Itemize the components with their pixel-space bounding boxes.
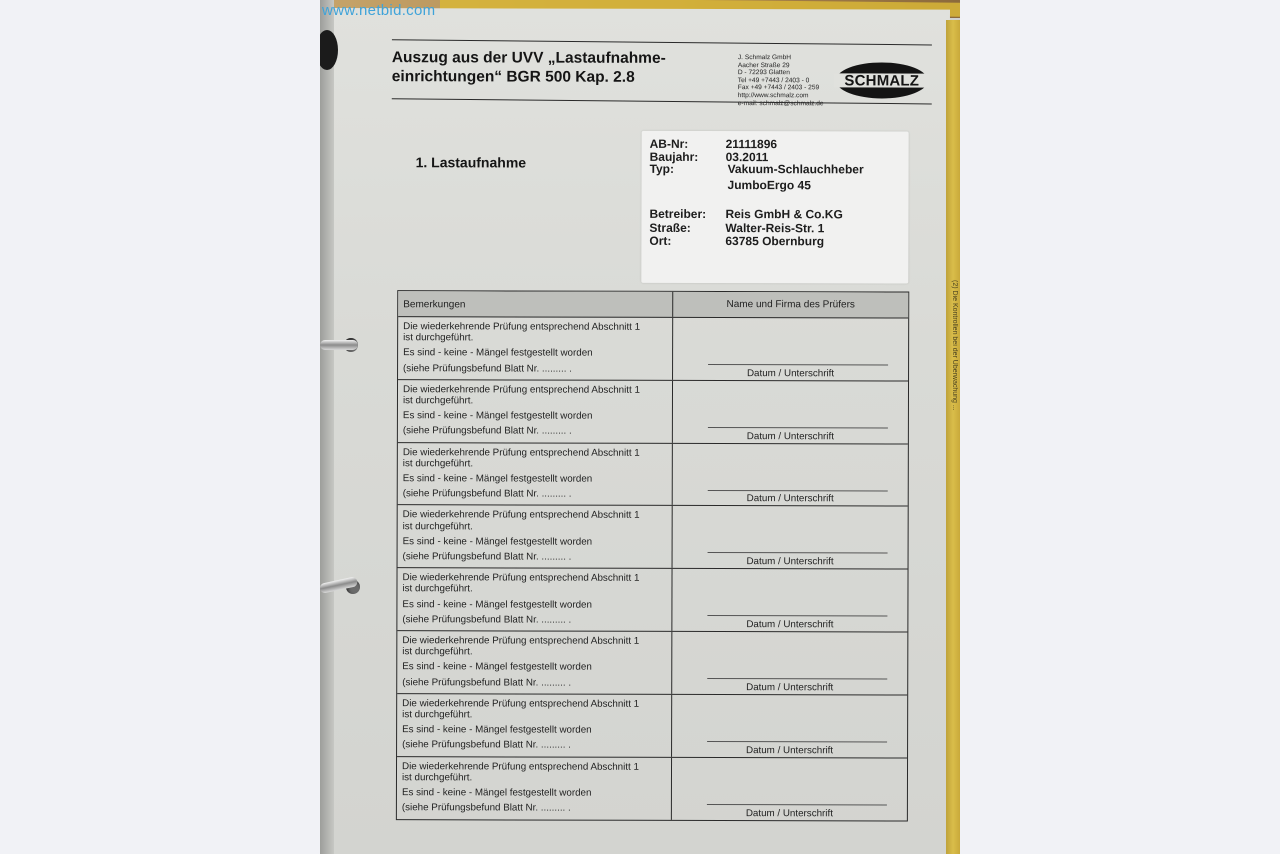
header-rule-top xyxy=(392,39,932,45)
remark-line: Es sind - keine - Mängel festgestellt wo… xyxy=(402,599,666,611)
binder-ring-icon xyxy=(320,340,358,350)
remark-line: Die wiederkehrende Prüfung entsprechend … xyxy=(402,572,666,584)
yellow-tab-text: (2) Die Kontrollen bei der Überwachung .… xyxy=(948,280,958,580)
remark-cell: Die wiederkehrende Prüfung entsprechend … xyxy=(398,443,673,506)
remark-line: (siehe Prüfungsbefund Blatt Nr. ........… xyxy=(402,740,666,752)
signature-label: Datum / Unterschrift xyxy=(673,368,908,380)
label-value: Reis GmbH & Co.KG xyxy=(725,207,842,221)
table-row: Die wiederkehrende Prüfung entsprechend … xyxy=(398,317,908,381)
remark-line: Es sind - keine - Mängel festgestellt wo… xyxy=(403,348,667,360)
remark-cell: Die wiederkehrende Prüfung entsprechend … xyxy=(397,568,672,631)
remark-line: (siehe Prüfungsbefund Blatt Nr. ........… xyxy=(403,363,667,375)
remark-cell: Die wiederkehrende Prüfung entsprechend … xyxy=(397,631,672,694)
remark-line: ist durchgeführt. xyxy=(403,332,667,344)
label-key-empty xyxy=(650,178,726,192)
signature-cell: Datum / Unterschrift xyxy=(673,506,908,568)
remark-line: (siehe Prüfungsbefund Blatt Nr. ........… xyxy=(403,488,667,500)
signature-label: Datum / Unterschrift xyxy=(672,682,907,694)
company-fax: Fax +49 +7443 / 2403 - 259 xyxy=(738,84,824,92)
header-rule-bottom xyxy=(392,98,932,104)
signature-line xyxy=(707,741,887,742)
remark-line: Die wiederkehrende Prüfung entsprechend … xyxy=(402,698,666,710)
remark-cell: Die wiederkehrende Prüfung entsprechend … xyxy=(397,757,672,821)
table-row: Die wiederkehrende Prüfung entsprechend … xyxy=(398,443,908,507)
remark-line: ist durchgeführt. xyxy=(403,395,667,407)
remark-line: Es sind - keine - Mängel festgestellt wo… xyxy=(402,724,666,736)
remark-line: Die wiederkehrende Prüfung entsprechend … xyxy=(403,384,667,396)
title-line-1: Auszug aus der UVV „Lastaufnahme- xyxy=(392,48,666,68)
signature-cell: Datum / Unterschrift xyxy=(672,569,907,631)
title-line-2: einrichtungen“ BGR 500 Kap. 2.8 xyxy=(392,67,666,87)
label-key: Typ: xyxy=(650,162,726,176)
remark-line: ist durchgeführt. xyxy=(402,709,666,721)
remark-line: Es sind - keine - Mängel festgestellt wo… xyxy=(403,410,667,422)
inspection-table: Bemerkungen Name und Firma des Prüfers D… xyxy=(396,290,909,822)
signature-label: Datum / Unterschrift xyxy=(672,808,907,820)
remark-line: Es sind - keine - Mängel festgestellt wo… xyxy=(402,787,666,799)
remark-line: (siehe Prüfungsbefund Blatt Nr. ........… xyxy=(402,614,666,626)
signature-line xyxy=(708,364,888,365)
label-value: JumboErgo 45 xyxy=(728,178,811,192)
signature-line xyxy=(707,615,887,616)
remark-line: Es sind - keine - Mängel festgestellt wo… xyxy=(403,536,667,548)
remark-line: Es sind - keine - Mängel festgestellt wo… xyxy=(403,473,667,485)
equipment-label: AB-Nr: 21111896 Baujahr: 03.2011 Typ: Va… xyxy=(641,131,908,284)
remark-line: (siehe Prüfungsbefund Blatt Nr. ........… xyxy=(403,426,667,438)
company-name: J. Schmalz GmbH xyxy=(738,54,824,62)
remark-line: (siehe Prüfungsbefund Blatt Nr. ........… xyxy=(403,551,667,563)
signature-cell: Datum / Unterschrift xyxy=(673,318,908,380)
signature-line xyxy=(708,490,888,491)
remark-line: Die wiederkehrende Prüfung entsprechend … xyxy=(402,635,666,647)
signature-line xyxy=(708,427,888,428)
schmalz-logo: SCHMALZ xyxy=(836,62,928,98)
label-value: 21111896 xyxy=(726,137,777,151)
document-photo: Auszug aus der UVV „Lastaufnahme- einric… xyxy=(320,0,960,854)
header-pruefer: Name und Firma des Prüfers xyxy=(673,292,908,318)
signature-cell: Datum / Unterschrift xyxy=(673,381,908,443)
section-heading: 1. Lastaufnahme xyxy=(416,154,527,170)
remark-line: (siehe Prüfungsbefund Blatt Nr. ........… xyxy=(402,802,666,814)
remark-cell: Die wiederkehrende Prüfung entsprechend … xyxy=(397,694,672,757)
remark-line: Die wiederkehrende Prüfung entsprechend … xyxy=(403,447,667,459)
signature-label: Datum / Unterschrift xyxy=(673,493,908,505)
table-row: Die wiederkehrende Prüfung entsprechend … xyxy=(397,694,907,758)
table-header: Bemerkungen Name und Firma des Prüfers xyxy=(398,291,908,318)
signature-line xyxy=(708,552,888,553)
signature-line xyxy=(707,678,887,679)
signature-label: Datum / Unterschrift xyxy=(673,556,908,568)
remark-cell: Die wiederkehrende Prüfung entsprechend … xyxy=(398,380,673,443)
signature-cell: Datum / Unterschrift xyxy=(672,632,907,694)
remark-line: (siehe Prüfungsbefund Blatt Nr. ........… xyxy=(402,677,666,689)
logo-text: SCHMALZ xyxy=(844,72,919,89)
document-title: Auszug aus der UVV „Lastaufnahme- einric… xyxy=(392,48,666,87)
signature-label: Datum / Unterschrift xyxy=(672,619,907,631)
remark-line: ist durchgeführt. xyxy=(403,521,667,533)
label-value: Vakuum-Schlauchheber xyxy=(728,162,864,176)
binder-spine xyxy=(320,0,334,854)
label-key: Betreiber: xyxy=(649,207,725,221)
document-page: Auszug aus der UVV „Lastaufnahme- einric… xyxy=(330,8,950,854)
table-row: Die wiederkehrende Prüfung entsprechend … xyxy=(397,568,907,632)
watermark: www.netbid.com xyxy=(322,2,435,19)
remark-line: Die wiederkehrende Prüfung entsprechend … xyxy=(403,510,667,522)
company-address: J. Schmalz GmbH Aacher Straße 29 D - 722… xyxy=(738,54,824,107)
table-row: Die wiederkehrende Prüfung entsprechend … xyxy=(398,506,908,570)
table-row: Die wiederkehrende Prüfung entsprechend … xyxy=(397,757,907,821)
header-bemerkungen: Bemerkungen xyxy=(398,291,673,317)
label-row-ort: Ort: 63785 Obernburg xyxy=(649,234,824,248)
signature-label: Datum / Unterschrift xyxy=(672,744,907,756)
signature-label: Datum / Unterschrift xyxy=(673,430,908,442)
company-web: http://www.schmalz.com xyxy=(738,92,824,100)
remark-line: Die wiederkehrende Prüfung entsprechend … xyxy=(403,321,667,333)
remark-line: Es sind - keine - Mängel festgestellt wo… xyxy=(402,662,666,674)
signature-line xyxy=(707,804,887,805)
signature-cell: Datum / Unterschrift xyxy=(672,695,907,757)
label-row-betreiber: Betreiber: Reis GmbH & Co.KG xyxy=(649,207,842,222)
remark-line: ist durchgeführt. xyxy=(402,646,666,658)
table-row: Die wiederkehrende Prüfung entsprechend … xyxy=(398,380,908,444)
label-value: 63785 Obernburg xyxy=(725,234,824,248)
remark-cell: Die wiederkehrende Prüfung entsprechend … xyxy=(398,317,673,380)
table-row: Die wiederkehrende Prüfung entsprechend … xyxy=(397,631,907,695)
label-row-typ: Typ: Vakuum-Schlauchheber xyxy=(650,162,864,177)
signature-cell: Datum / Unterschrift xyxy=(672,757,907,820)
remark-line: ist durchgeführt. xyxy=(402,772,666,784)
label-key: Ort: xyxy=(649,234,725,248)
remark-line: Die wiederkehrende Prüfung entsprechend … xyxy=(402,761,666,773)
remark-line: ist durchgeführt. xyxy=(403,458,667,470)
signature-cell: Datum / Unterschrift xyxy=(673,443,908,505)
remark-cell: Die wiederkehrende Prüfung entsprechend … xyxy=(398,506,673,569)
remark-line: ist durchgeführt. xyxy=(402,584,666,596)
label-row-typ-2: JumboErgo 45 xyxy=(650,178,811,192)
company-city: D - 72293 Glatten xyxy=(738,69,824,77)
